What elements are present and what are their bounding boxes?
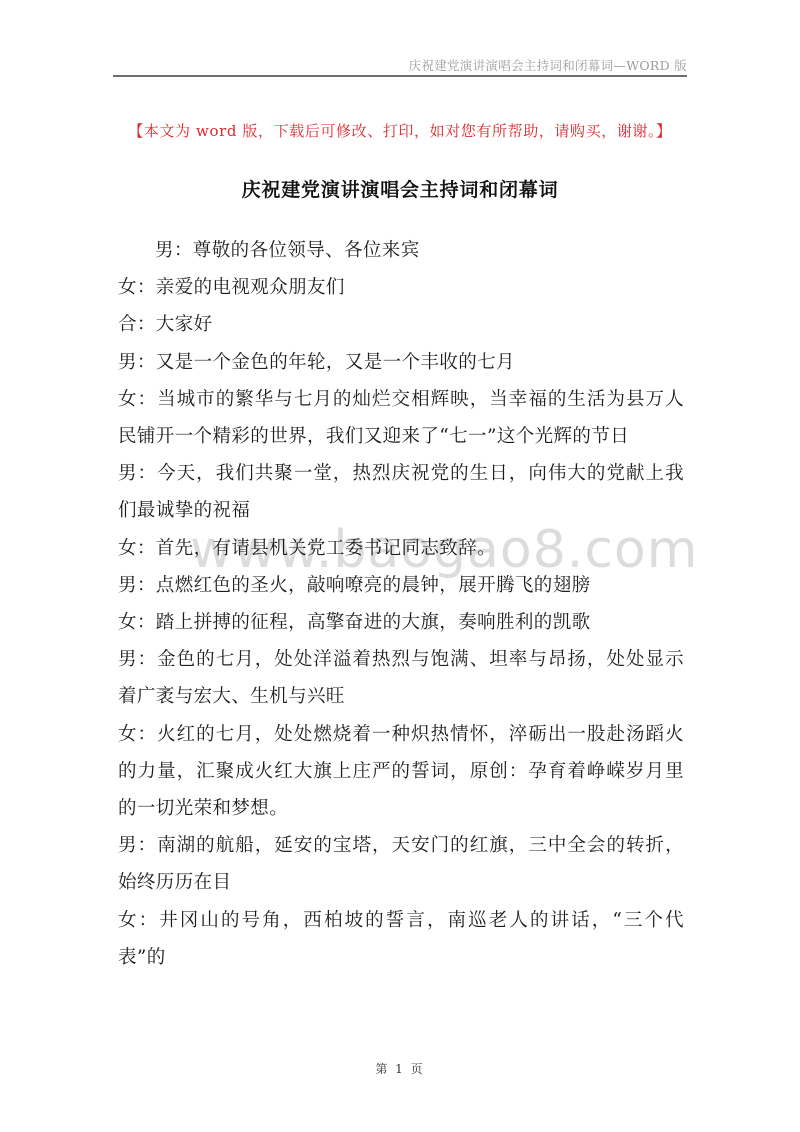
paragraph: 女：亲爱的电视观众朋友们 xyxy=(118,269,684,306)
paragraph: 女：踏上拼搏的征程，高擎奋进的大旗，奏响胜利的凯歌 xyxy=(118,604,684,641)
header-divider xyxy=(113,75,687,77)
paragraph: 女：首先，有请县机关党工委书记同志致辞。 xyxy=(118,530,684,567)
paragraph: 男：南湖的航船，延安的宝塔，天安门的红旗，三中全会的转折，始终历历在目 xyxy=(118,827,684,901)
paragraph: 男：金色的七月，处处洋溢着热烈与饱满、坦率与昂扬，处处显示着广袤与宏大、生机与兴… xyxy=(118,641,684,715)
document-title: 庆祝建党演讲演唱会主持词和闭幕词 xyxy=(0,175,800,202)
paragraph: 男：点燃红色的圣火，敲响嘹亮的晨钟，展开腾飞的翅膀 xyxy=(118,567,684,604)
paragraph: 合：大家好 xyxy=(118,306,684,343)
document-body: 男：尊敬的各位领导、各位来宾 女：亲爱的电视观众朋友们 合：大家好 男：又是一个… xyxy=(118,232,684,976)
paragraph: 女：井冈山的号角，西柏坡的誓言，南巡老人的讲话，“三个代表”的 xyxy=(118,902,684,976)
paragraph: 女：火红的七月，处处燃烧着一种炽热情怀，淬砺出一股赴汤蹈火的力量，汇聚成火红大旗… xyxy=(118,716,684,828)
page-header: 庆祝建党演讲演唱会主持词和闭幕词—WORD 版 xyxy=(113,52,687,76)
purchase-notice: 【本文为 word 版，下载后可修改、打印，如对您有所帮助，请购买，谢谢。】 xyxy=(0,120,800,141)
paragraph: 男：今天，我们共聚一堂，热烈庆祝党的生日，向伟大的党献上我们最诚挚的祝福 xyxy=(118,455,684,529)
paragraph: 女：当城市的繁华与七月的灿烂交相辉映，当幸福的生活为县万人民铺开一个精彩的世界，… xyxy=(118,381,684,455)
paragraph: 男：尊敬的各位领导、各位来宾 xyxy=(118,232,684,269)
paragraph: 男：又是一个金色的年轮，又是一个丰收的七月 xyxy=(118,344,684,381)
page-number: 第 1 页 xyxy=(0,1060,800,1077)
running-title: 庆祝建党演讲演唱会主持词和闭幕词—WORD 版 xyxy=(409,56,687,74)
